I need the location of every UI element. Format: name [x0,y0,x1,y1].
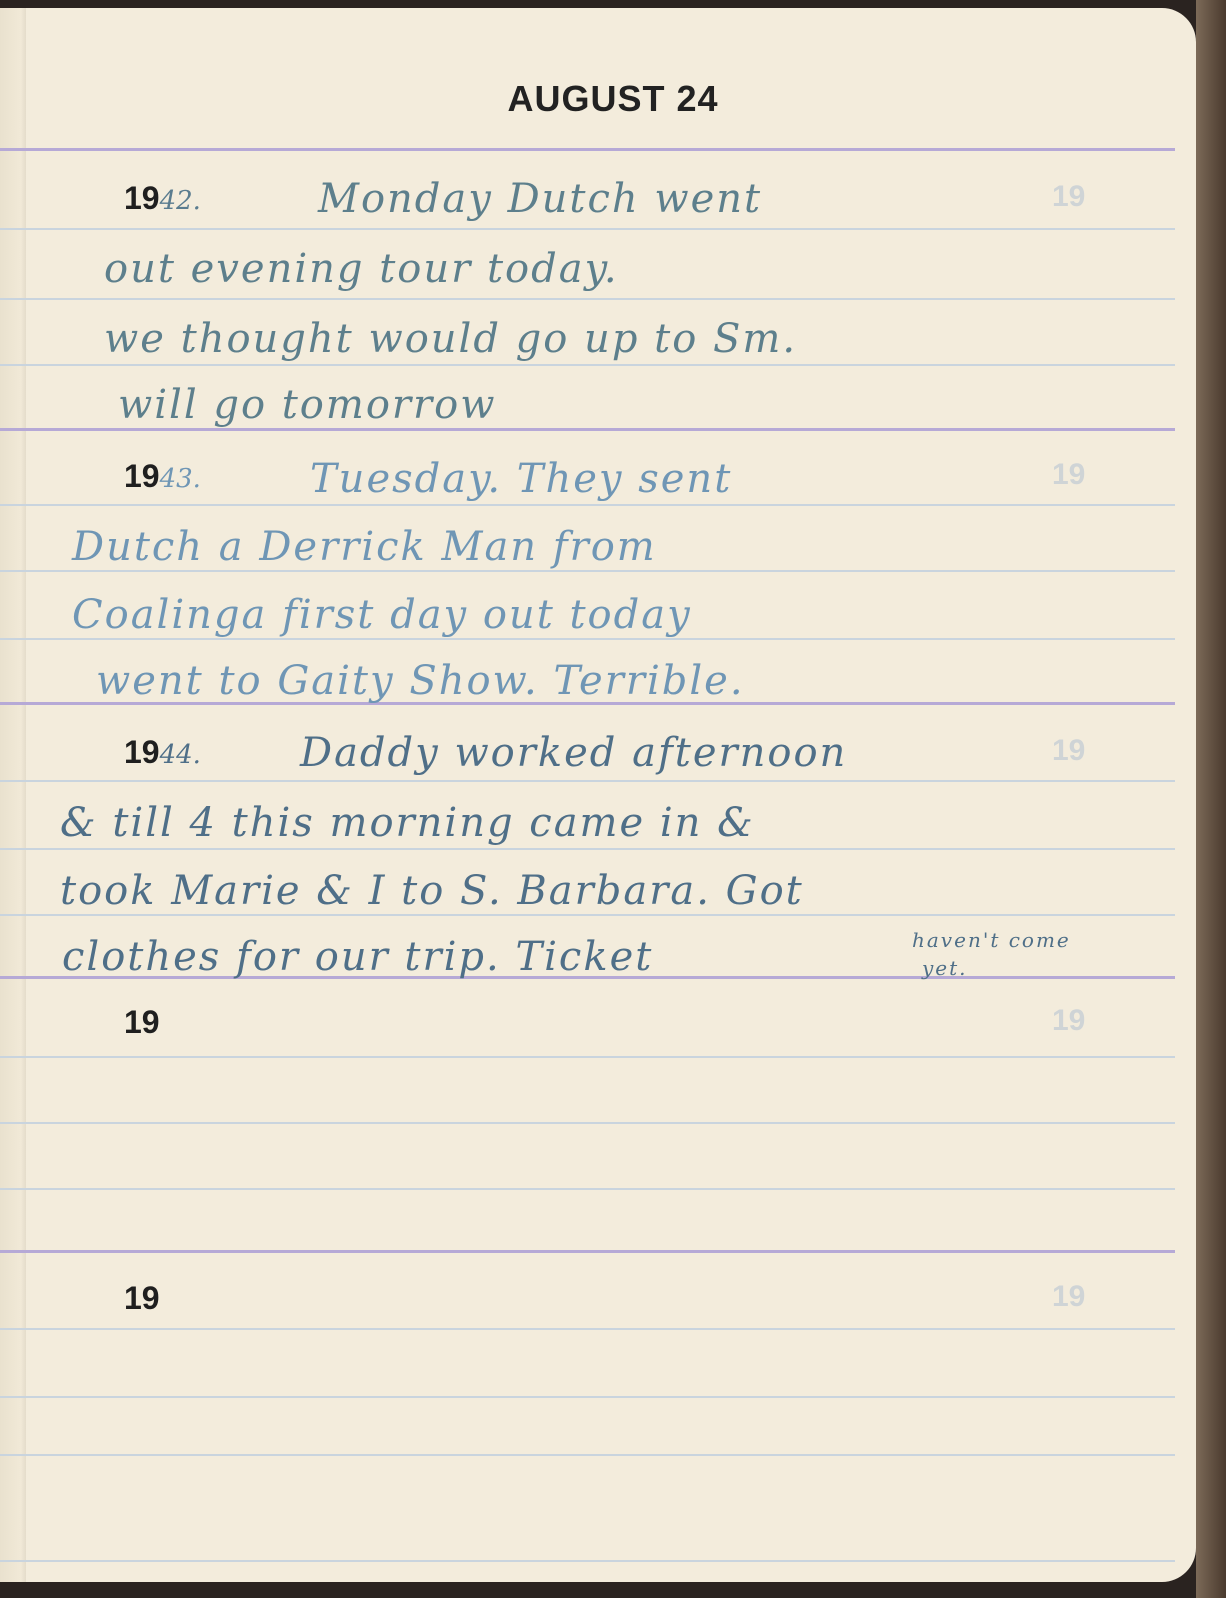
entry-text-line: clothes for our trip. Ticket [62,934,653,980]
printed-year-prefix: 19 [124,458,160,494]
margin-note-top: haven't come [912,928,1071,952]
entry-text-line: out evening tour today. [104,246,619,292]
rule-line [0,638,1175,640]
bleedthrough-year: 19 [1052,1280,1085,1314]
entry-text-line: & till 4 this morning came in & [60,800,755,846]
printed-year-prefix: 19 [124,1004,160,1040]
entry-text-line: will go tomorrow [118,382,496,428]
entry-year-blank: 19 [124,1004,160,1041]
entry-text-line: Tuesday. They sent [310,456,732,502]
rule-line [0,364,1175,366]
rule-line [0,1328,1175,1330]
entry-text-line: took Marie & I to S. Barbara. Got [60,868,804,914]
entry-text-line: Coalinga first day out today [72,592,692,638]
printed-year-prefix: 19 [124,180,160,216]
rule-line [0,1056,1175,1058]
entry-text-line: Daddy worked afternoon [300,730,847,776]
margin-note-bottom: yet. [922,956,968,980]
rule-line [0,570,1175,572]
rule-line [0,914,1175,916]
rule-line [0,148,1175,151]
entry-year-blank: 19 [124,1280,160,1317]
rule-line [0,1454,1175,1456]
rule-line [0,504,1175,506]
entry-text-line: we thought would go up to Sm. [104,316,797,362]
entry-year-1943: 1943. [124,458,201,495]
rule-line [0,228,1175,230]
bleedthrough-year: 19 [1052,458,1085,492]
book-cover-edge [1196,0,1226,1598]
printed-year-prefix: 19 [124,1280,160,1316]
handwritten-year-suffix: 44. [160,740,201,770]
handwritten-year-suffix: 42. [160,186,201,216]
rule-line [0,428,1175,431]
entry-text-line: went to Gaity Show. Terrible. [96,658,745,704]
rule-line [0,1560,1175,1562]
bleedthrough-year: 19 [1052,180,1085,214]
entry-year-1942: 1942. [124,180,201,217]
printed-year-prefix: 19 [124,734,160,770]
entry-text-line: Dutch a Derrick Man from [72,524,657,570]
rule-line [0,848,1175,850]
diary-page: AUGUST 24 1942. 19 Monday Dutch went out… [0,8,1196,1582]
rule-line [0,1250,1175,1253]
rule-line [0,780,1175,782]
bleedthrough-year: 19 [1052,734,1085,768]
rule-line [0,1122,1175,1124]
handwritten-year-suffix: 43. [160,464,201,494]
entry-year-1944: 1944. [124,734,201,771]
entry-text-line: Monday Dutch went [318,176,762,222]
bleedthrough-year: 19 [1052,1004,1085,1038]
rule-line [0,1396,1175,1398]
page-date-header: AUGUST 24 [0,78,1196,120]
rule-line [0,298,1175,300]
rule-line [0,1188,1175,1190]
